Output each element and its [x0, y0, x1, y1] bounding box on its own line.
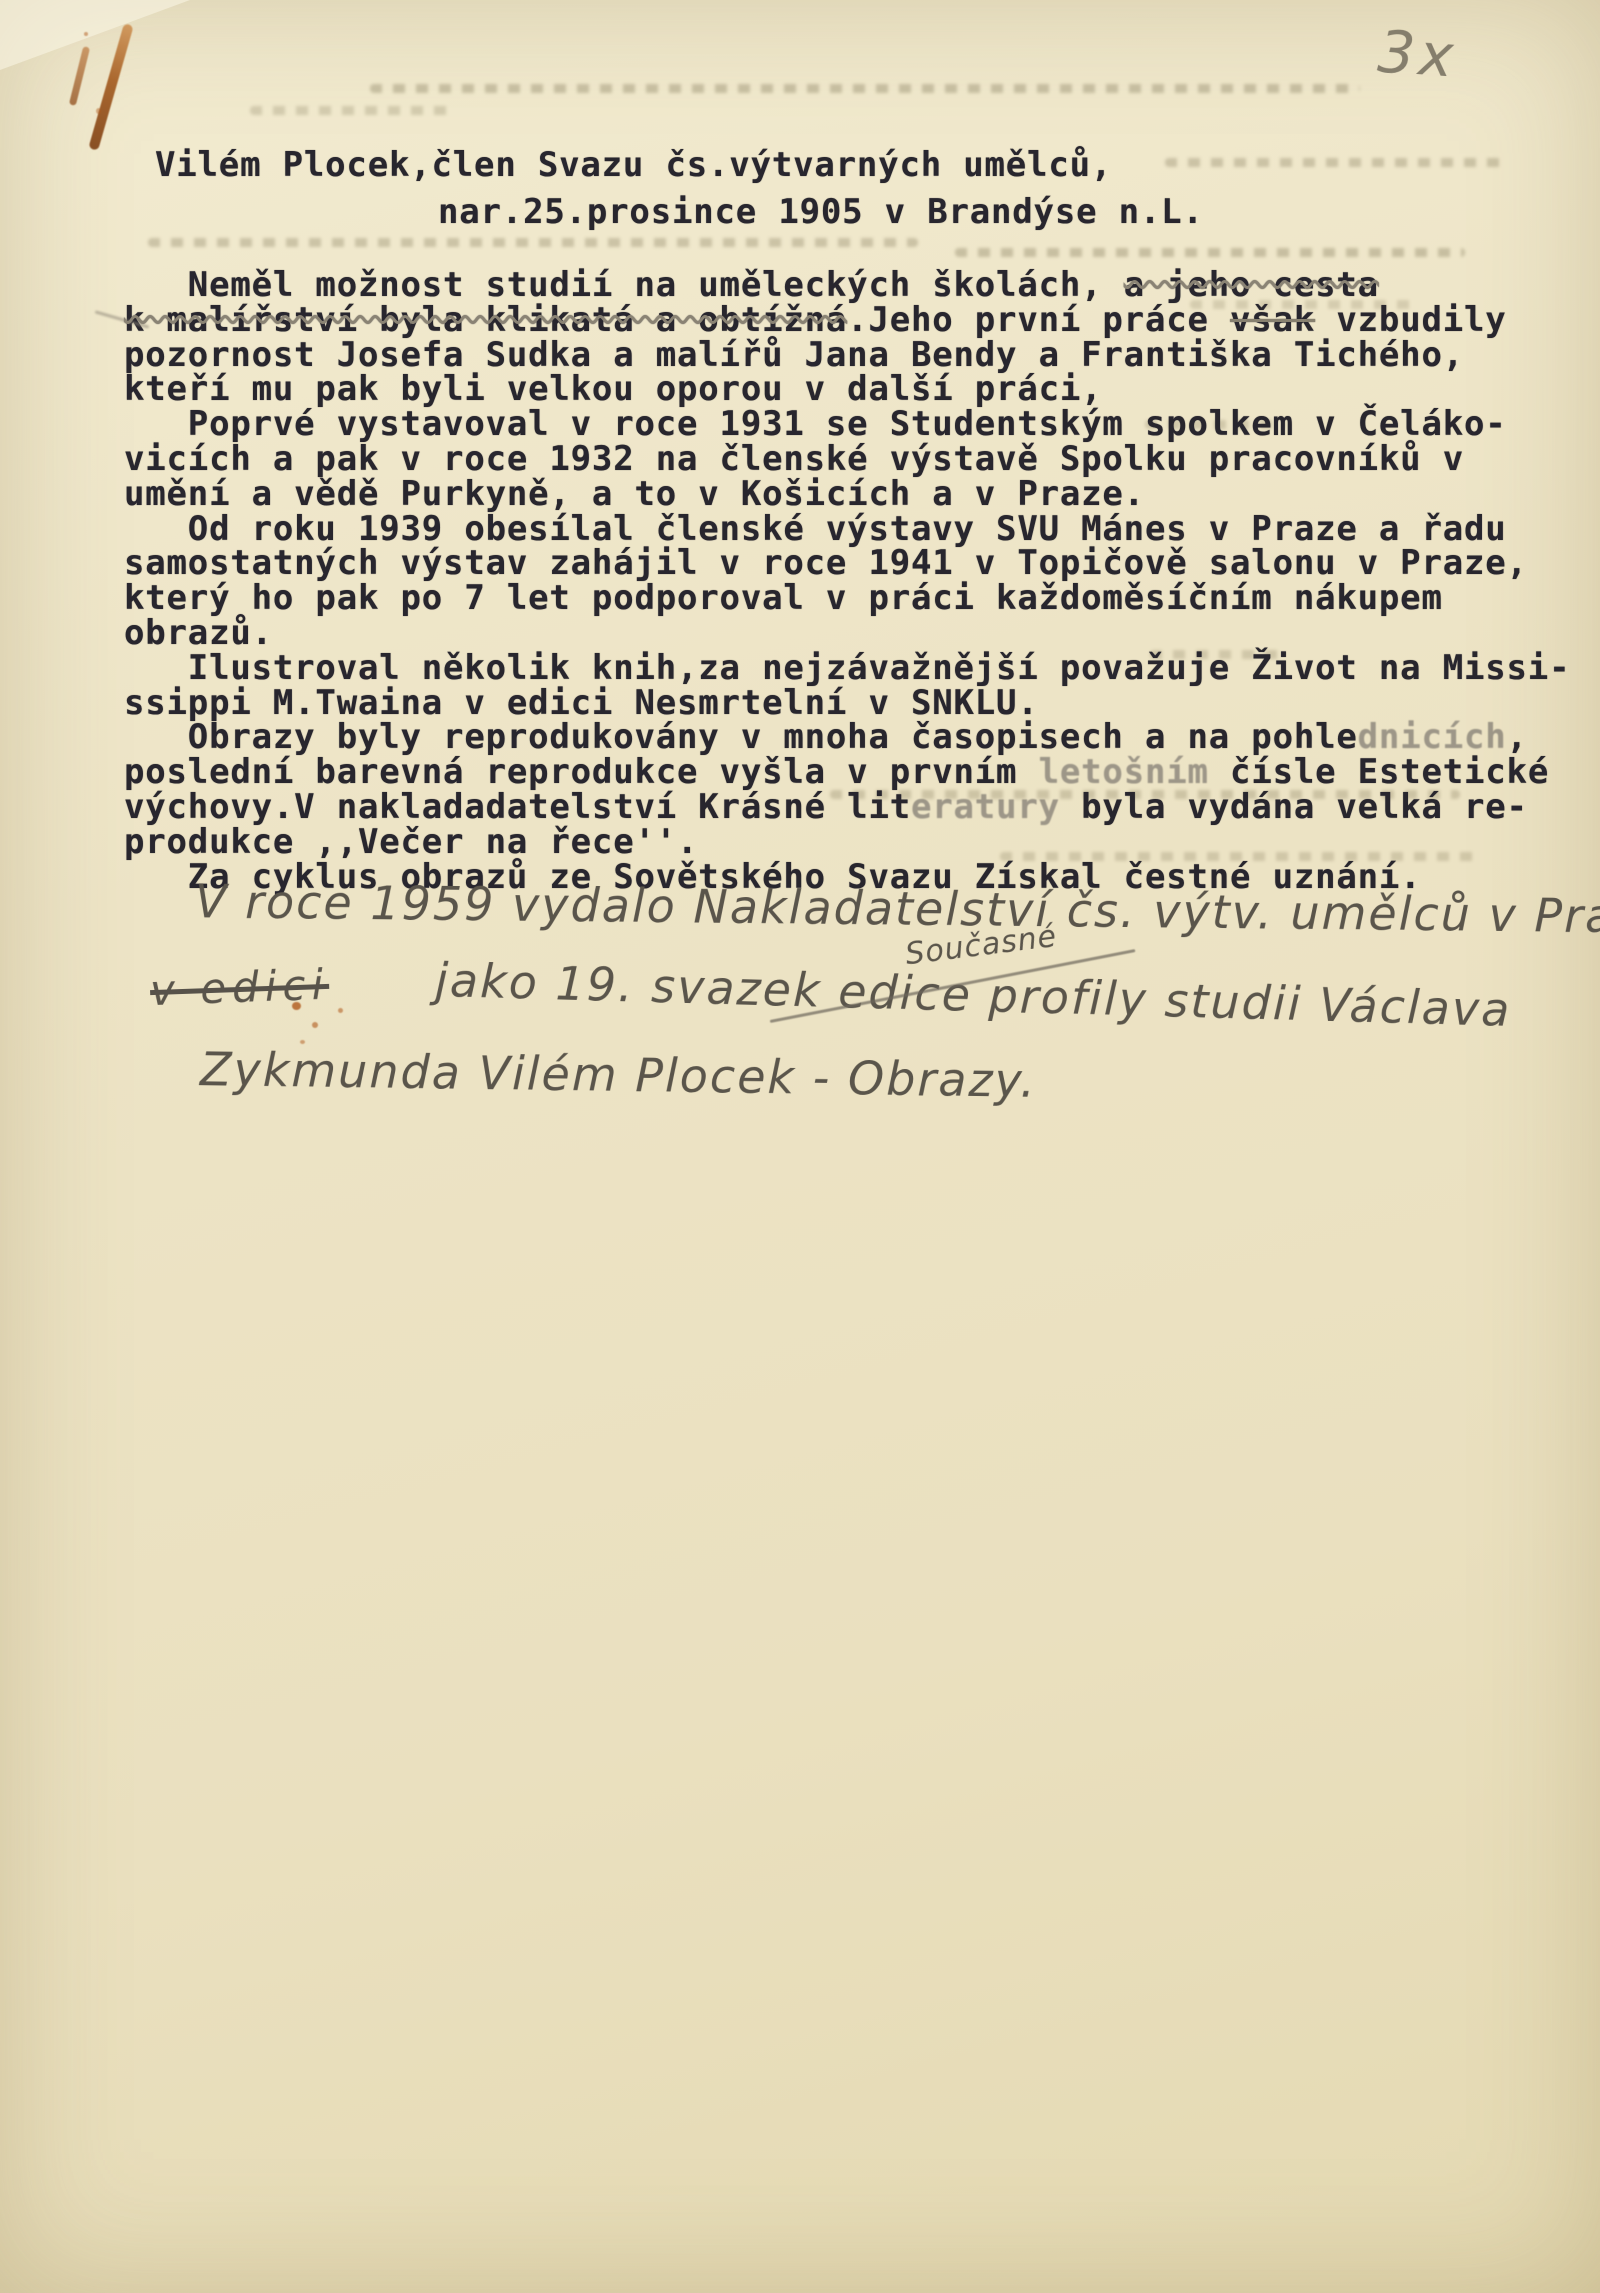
typed-line: Poprvé vystavoval v roce 1931 se Student…: [124, 407, 1570, 442]
typewritten-document-page: 3x Vilém Plocek,člen Svazu čs.výtvarných…: [0, 0, 1600, 2293]
typed-line: kteří mu pak byli velkou oporou v další …: [124, 372, 1570, 407]
bleed-through-smudge: [1165, 158, 1510, 167]
handwritten-note-line3: Zykmunda Vilém Plocek - Obrazy.: [200, 1042, 1038, 1108]
document-birthdate-line: nar.25.prosince 1905 v Brandýse n.L.: [438, 192, 1204, 232]
typed-line: umění a vědě Purkyně, a to v Košicích a …: [124, 477, 1570, 512]
rust-stain: [69, 46, 90, 106]
typed-line: Ilustroval několik knih,za nejzávažnější…: [124, 651, 1570, 686]
rust-stain: [88, 23, 133, 151]
handwritten-note-line2: jako 19. svazek edice profily studii Vác…: [434, 953, 1512, 1037]
typed-line: obrazů.: [124, 616, 1570, 651]
typed-line: Od roku 1939 obesílal členské výstavy SV…: [124, 512, 1570, 547]
document-title-line: Vilém Plocek,člen Svazu čs.výtvarných um…: [155, 145, 1112, 185]
page-corner-highlight: [0, 0, 190, 70]
typed-line: pozornost Josefa Sudka a malířů Jana Ben…: [124, 338, 1570, 373]
typed-body: Neměl možnost studií na uměleckých školá…: [124, 268, 1570, 894]
handwritten-struck-word: v edici: [149, 960, 330, 1015]
typed-line: Neměl možnost studií na uměleckých školá…: [124, 268, 1570, 303]
typed-line: ssippi M.Twaina v edici Nesmrtelní v SNK…: [124, 686, 1570, 721]
rust-speck: [84, 32, 88, 36]
rust-speck: [96, 108, 101, 114]
typed-line: poslední barevná reprodukce vyšla v prvn…: [124, 755, 1570, 790]
typed-line: produkce ,,Večer na řece''.: [124, 825, 1570, 860]
bleed-through-smudge: [955, 248, 1465, 257]
bleed-through-smudge: [250, 106, 450, 115]
text-segment: dnicích: [1358, 717, 1507, 757]
typed-line: který ho pak po 7 let podporoval v práci…: [124, 581, 1570, 616]
text-segment: letošním: [1039, 752, 1209, 792]
typed-line: k malířství byla klikatá a obtížná.Jeho …: [124, 303, 1570, 338]
rust-speck: [312, 1022, 318, 1028]
bleed-through-smudge: [148, 238, 918, 247]
text-segment: byla vydána velká re-: [1060, 787, 1528, 827]
typed-line: Obrazy byly reprodukovány v mnoha časopi…: [124, 720, 1570, 755]
text-segment: který ho pak po 7 let podporoval v práci…: [124, 578, 1443, 618]
rust-speck: [338, 1008, 343, 1013]
text-segment: eratury: [911, 787, 1060, 827]
typed-line: výchovy.V nakladadatelství Krásné litera…: [124, 790, 1570, 825]
typed-line: vicích a pak v roce 1932 na členské výst…: [124, 442, 1570, 477]
bleed-through-smudge: [370, 84, 1360, 93]
pencil-copies-mark: 3x: [1376, 17, 1460, 90]
typed-line: samostatných výstav zahájil v roce 1941 …: [124, 546, 1570, 581]
